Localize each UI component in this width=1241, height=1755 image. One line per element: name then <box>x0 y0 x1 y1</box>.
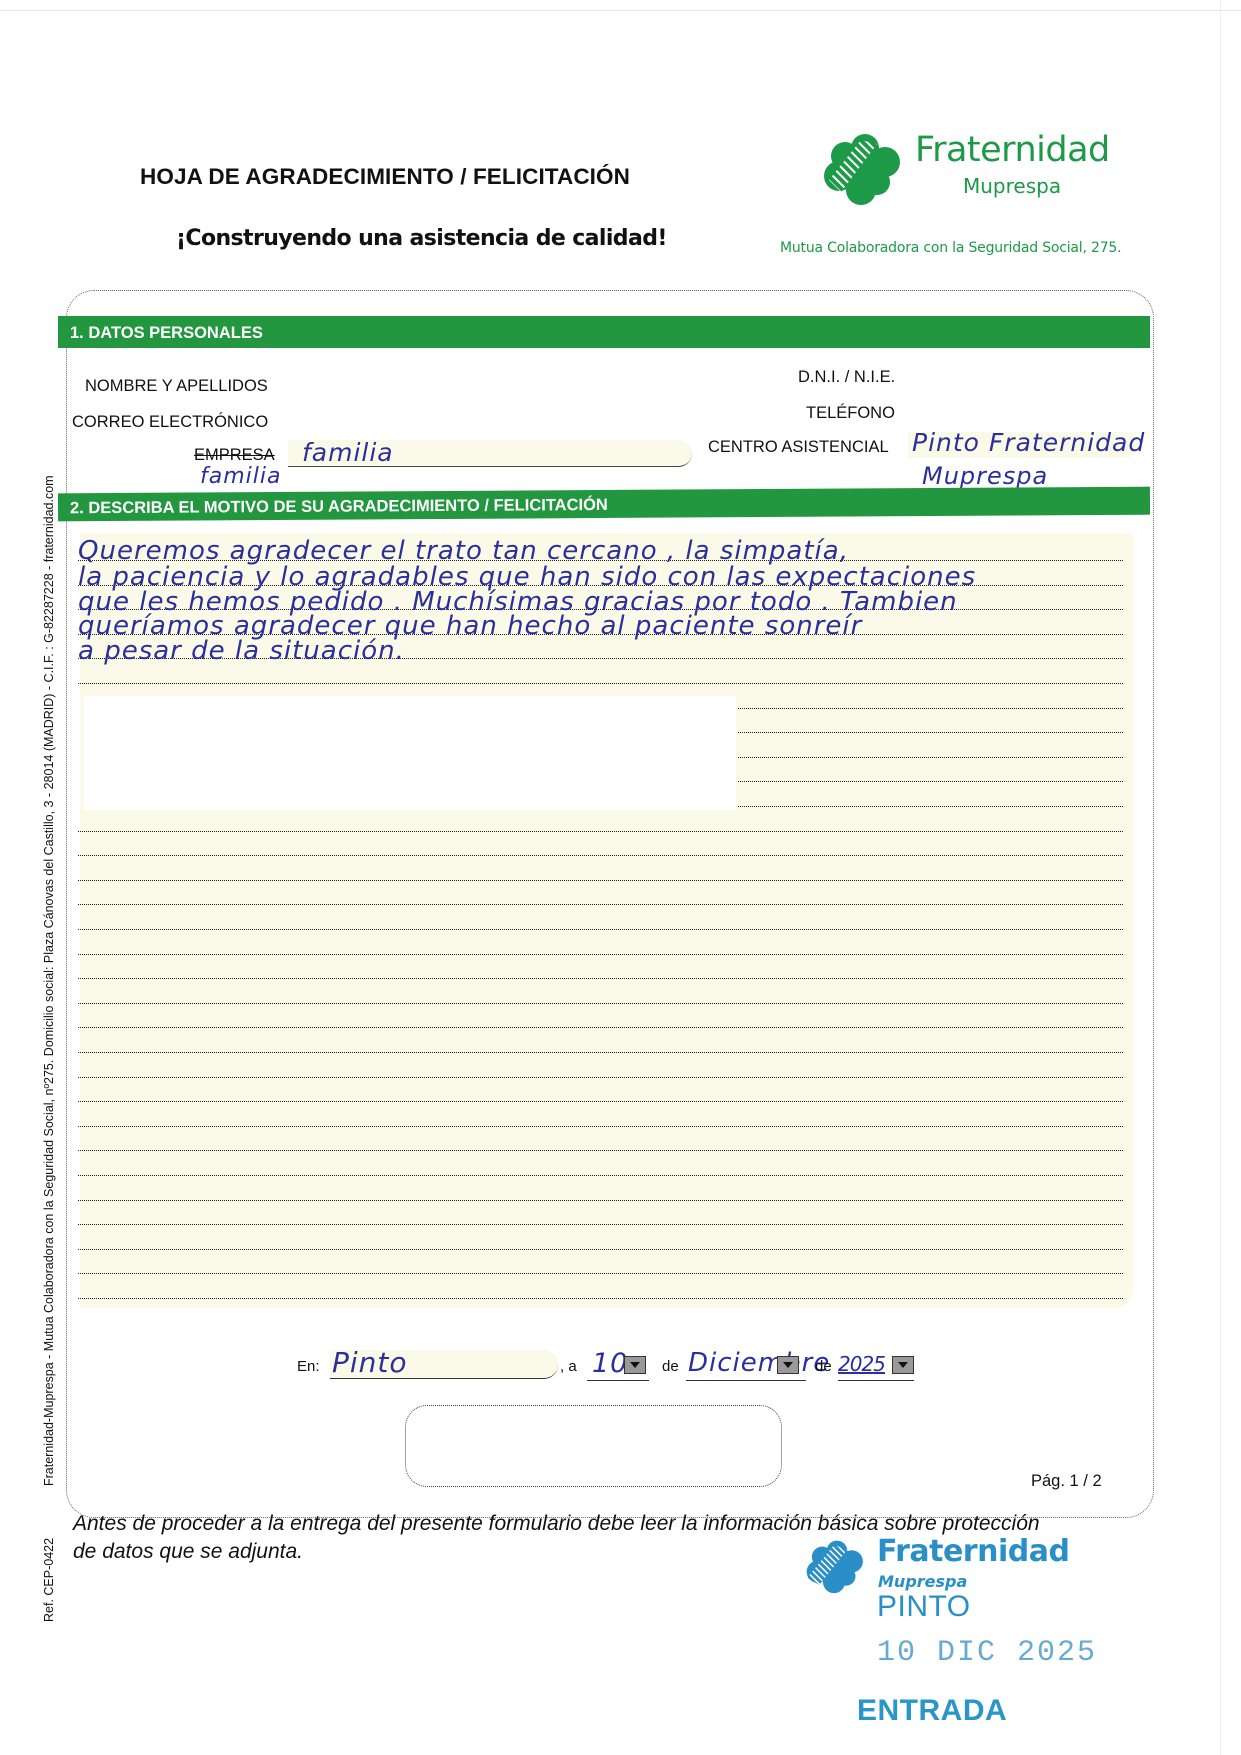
stamp-sub: Muprespa <box>878 1572 967 1591</box>
ruled-line <box>78 683 1123 684</box>
day-dropdown[interactable] <box>624 1356 646 1374</box>
brand-sub: Muprespa <box>963 174 1061 198</box>
ruled-line <box>78 1077 1123 1078</box>
stamp-brand: Fraternidad <box>877 1534 1069 1569</box>
side-legal-text: Fraternidad-Muprespa - Mutua Colaborador… <box>42 475 56 1486</box>
ruled-line <box>78 1200 1123 1201</box>
day-value: 10 <box>592 1348 628 1379</box>
phone-field[interactable] <box>912 400 1137 426</box>
day-label: , a <box>560 1358 577 1375</box>
page-number: Pág. 1 / 2 <box>1031 1472 1102 1491</box>
ruled-line <box>738 781 1123 782</box>
ruled-line <box>78 1175 1123 1176</box>
page-right-edge <box>1220 0 1221 1755</box>
stamp-date: 10 DIC 2025 <box>877 1636 1097 1670</box>
ruled-line <box>738 806 1123 807</box>
ruled-line <box>78 831 1123 832</box>
ruled-line <box>78 1052 1123 1053</box>
ruled-line <box>78 1101 1123 1102</box>
month-underline <box>686 1380 806 1381</box>
month-label: de <box>662 1358 679 1375</box>
ruled-line <box>78 1126 1123 1127</box>
company-label: EMPRESA <box>194 446 275 465</box>
reason-line-5: a pesar de la situación. <box>78 638 1133 664</box>
name-field[interactable] <box>282 372 692 398</box>
redacted-area <box>84 696 736 810</box>
day-underline <box>587 1380 649 1381</box>
fraternidad-logo-icon <box>815 134 915 208</box>
ruled-line <box>78 954 1123 955</box>
email-label: CORREO ELECTRÓNICO <box>72 413 268 432</box>
company-field[interactable]: familia <box>288 440 692 467</box>
stamp-logo-icon <box>800 1540 874 1596</box>
ruled-line <box>78 855 1123 856</box>
phone-label: TELÉFONO <box>806 404 895 423</box>
place-field[interactable]: Pinto <box>330 1350 558 1379</box>
month-value: Diciembre <box>688 1348 830 1378</box>
dni-field[interactable] <box>912 364 1137 390</box>
signature-box[interactable] <box>405 1405 782 1487</box>
ruled-line <box>78 929 1123 930</box>
year-dropdown[interactable] <box>892 1356 914 1374</box>
year-label: de <box>815 1358 832 1375</box>
brand-tagline: Mutua Colaboradora con la Seguridad Soci… <box>780 240 1121 256</box>
company-annotation: familia <box>200 464 281 489</box>
center-value-line2: Muprespa <box>922 462 1048 490</box>
ruled-line <box>78 880 1123 881</box>
year-underline <box>838 1380 914 1381</box>
ruled-line <box>78 1224 1123 1225</box>
year-value: 2025 <box>838 1352 885 1376</box>
place-label: En: <box>297 1358 320 1375</box>
ruled-line <box>738 757 1123 758</box>
ruled-line <box>78 904 1123 905</box>
company-value: familia <box>302 438 394 467</box>
form-reference: Ref. CEP-0422 <box>42 1538 56 1622</box>
place-value: Pinto <box>332 1346 408 1379</box>
form-subtitle: ¡Construyendo una asistencia de calidad! <box>176 226 667 251</box>
stamp-status: ENTRADA <box>857 1694 1007 1728</box>
ruled-line <box>78 1273 1123 1274</box>
email-field[interactable] <box>282 408 692 434</box>
center-value-line1: Pinto Fraternidad <box>912 428 1145 457</box>
reason-line-1: Queremos agradecer el trato tan cercano … <box>78 538 1133 564</box>
ruled-line <box>738 732 1123 733</box>
ruled-line <box>78 978 1123 979</box>
section-personal-data-header: 1. DATOS PERSONALES <box>58 316 1150 348</box>
ruled-line <box>78 1249 1123 1250</box>
center-field[interactable]: Pinto Fraternidad <box>908 432 1138 458</box>
ruled-line <box>78 1027 1123 1028</box>
center-label: CENTRO ASISTENCIAL <box>708 438 889 457</box>
ruled-line <box>78 1003 1123 1004</box>
form-title: HOJA DE AGRADECIMIENTO / FELICITACIÓN <box>140 164 630 190</box>
ruled-line <box>78 1150 1123 1151</box>
ruled-line <box>738 708 1123 709</box>
month-dropdown[interactable] <box>777 1356 799 1374</box>
stamp-city: PINTO <box>877 1590 971 1624</box>
brand-name: Fraternidad <box>915 130 1110 170</box>
dni-label: D.N.I. / N.I.E. <box>798 368 895 387</box>
name-label: NOMBRE Y APELLIDOS <box>85 377 268 396</box>
ruled-line <box>78 1298 1123 1299</box>
page-top-rule <box>0 10 1241 11</box>
